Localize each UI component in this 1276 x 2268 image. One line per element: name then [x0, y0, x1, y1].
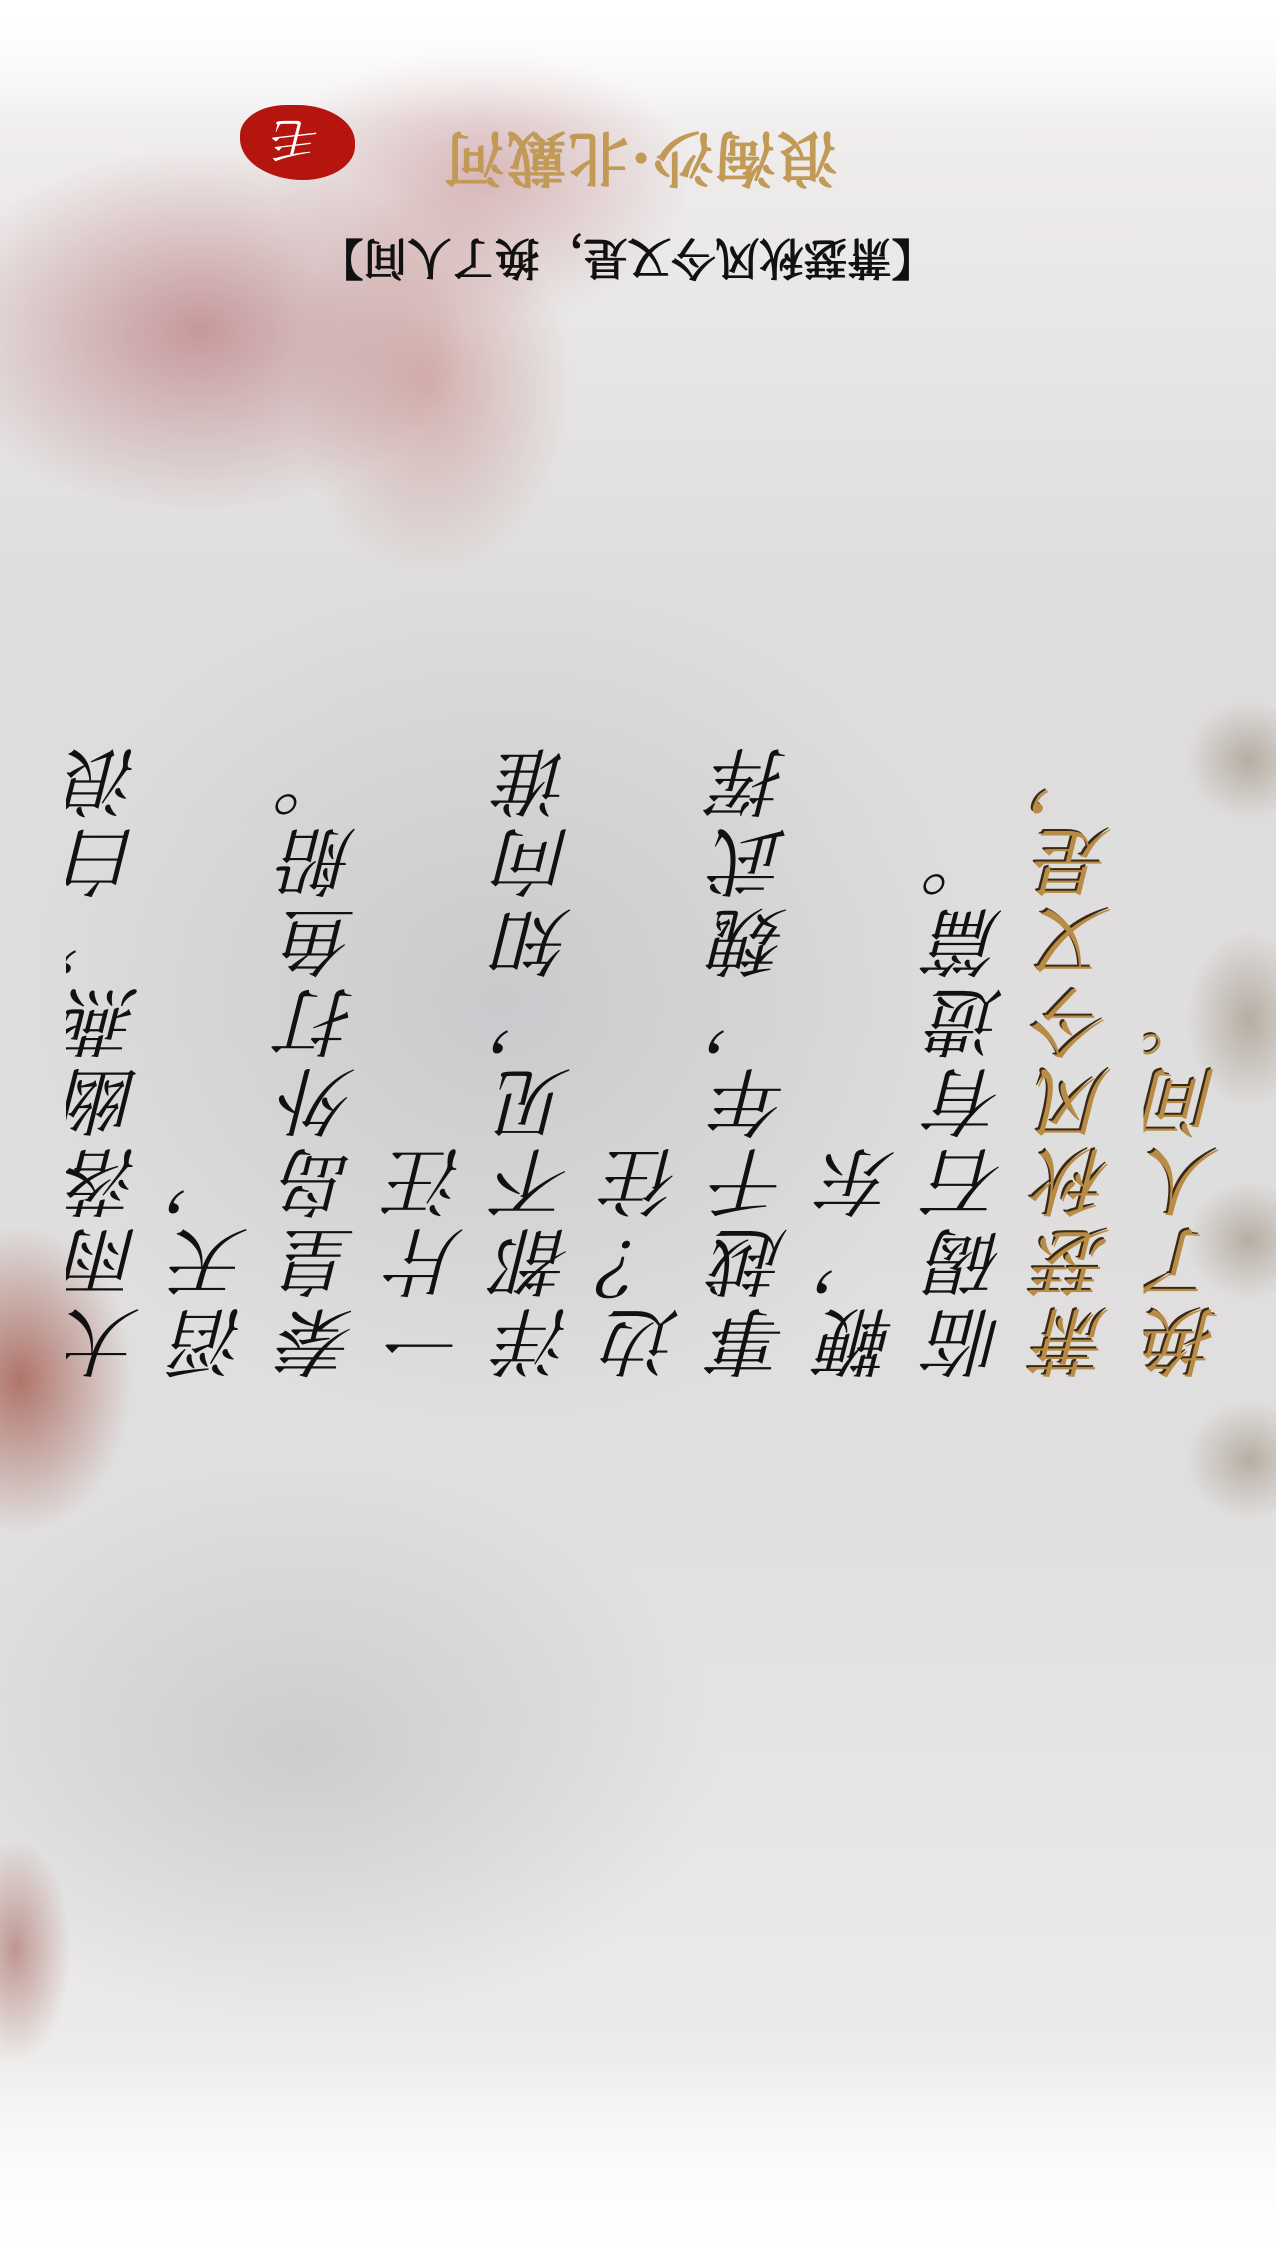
poem-column: 事越千年，魏武挥鞭，东: [703, 690, 919, 1380]
poem-column: 秦皇岛外打鱼船。一片汪: [271, 690, 487, 1380]
poem-title: 浪淘沙·北戴河: [450, 110, 830, 215]
poem-column-highlight: 换了人间。: [1135, 690, 1243, 1380]
poem-calligraphy: 大雨落幽燕，白浪滔天， 秦皇岛外打鱼船。一片汪 洋都不见，知向谁边？往 事越千年…: [55, 690, 1095, 1380]
rotated-composition: 毛 浪淘沙·北戴河 【萧瑟秋风今又是，换了人间】 大雨落幽燕，白浪滔天， 秦皇岛…: [0, 0, 1276, 2268]
poem-column: 临碣石有遗篇。: [919, 690, 1027, 1380]
poem-column-highlight: 萧瑟秋风今又是，: [1027, 690, 1135, 1380]
poem-subtitle: 【萧瑟秋风今又是，换了人间】: [340, 226, 915, 298]
red-seal-stamp-icon: 毛: [240, 105, 355, 180]
poem-column: 洋都不见，知向谁边？往: [487, 690, 703, 1380]
poem-column: 大雨落幽燕，白浪滔天，: [55, 690, 271, 1380]
